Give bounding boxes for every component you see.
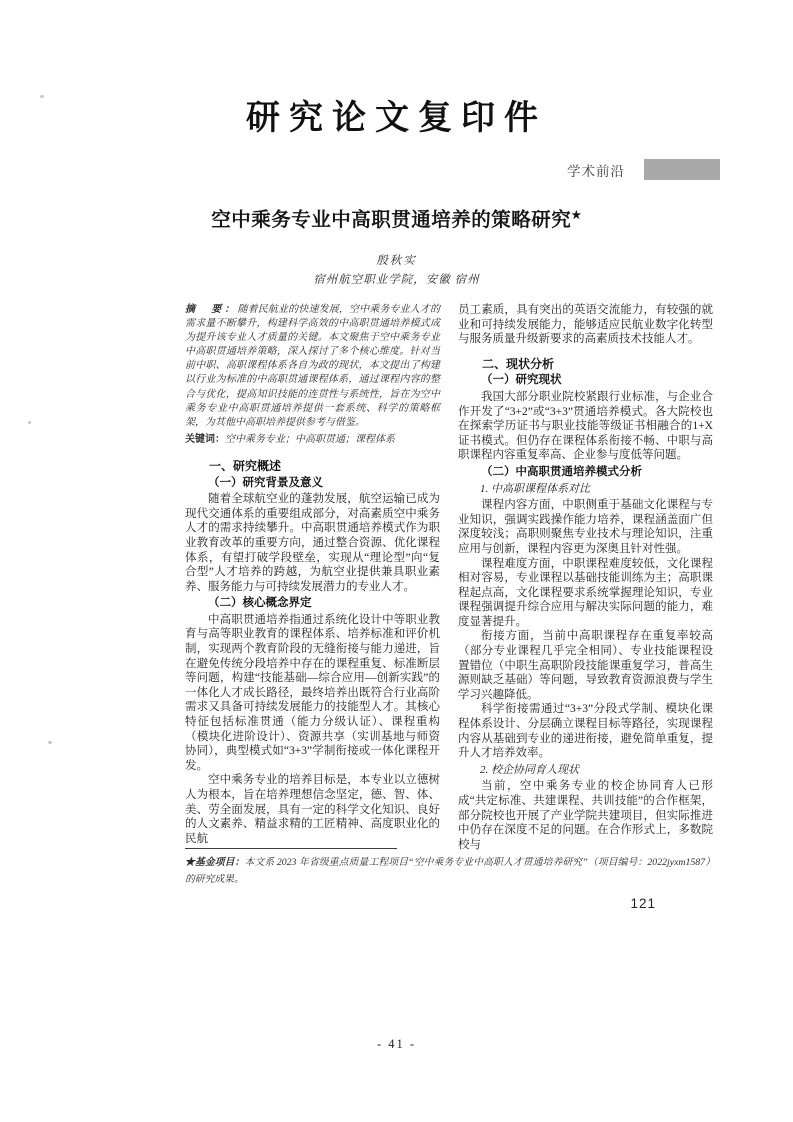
abstract-text: 随着民航业的快速发展，空中乘务专业人才的需求量不断攀升，构建科学高效的中高职贯通… bbox=[185, 304, 440, 428]
section-heading-overview: 一、研究概述 bbox=[209, 459, 440, 474]
body-paragraph: 随着全球航空业的蓬勃发展，航空运输已成为现代交通体系的重要组成部分，对高素质空中… bbox=[185, 492, 440, 594]
body-paragraph: 中高职贯通培养指通过系统化设计中等职业教育与高等职业教育的课程体系、培养标准和评… bbox=[185, 613, 440, 774]
subsection-heading-background: （一）研究背景及意义 bbox=[208, 476, 440, 491]
footnote-text: 本文系 2023 年省级重点质量工程项目“空中乘务专业中高职人才贯通培养研究”（… bbox=[185, 857, 715, 885]
body-paragraph: 课程内容方面，中职侧重于基础文化课程与专业知识，强调实践操作能力培养，课程涵盖面… bbox=[458, 498, 713, 556]
subsection-heading-mode: （二）中高职贯通培养模式分析 bbox=[481, 465, 713, 480]
scan-speck bbox=[48, 741, 52, 744]
keywords-line: 关键词：空中乘务专业；中高职贯通；课程体系 bbox=[185, 433, 440, 447]
footnote-label: 基金项目： bbox=[195, 857, 245, 868]
title-footnote-star: ★ bbox=[571, 210, 581, 222]
section-heading-status: 二、现状分析 bbox=[482, 357, 713, 372]
keywords-label: 关键词： bbox=[185, 434, 225, 445]
body-paragraph-continuation: 员工素质，具有突出的英语交流能力，有较强的就业和可持续发展能力，能够适应民航业数… bbox=[458, 303, 713, 347]
numbered-heading-coop: 2. 校企协同育人现状 bbox=[480, 763, 713, 778]
article-title-text: 空中乘务专业中高职贯通培养的策略研究 bbox=[211, 210, 571, 231]
body-paragraph: 衔接方面，当前中高职课程存在重复率较高（部分专业课程几乎完全相同）、专业技能课程… bbox=[458, 629, 713, 702]
body-paragraph: 我国大部分职业院校紧跟行业标准，与企业合作开发了“3+2”或“3+3”贯通培养模… bbox=[458, 390, 713, 463]
author-name: 殷秋实 bbox=[0, 252, 793, 268]
column-right: 员工素质，具有突出的英语交流能力，有较强的就业和可持续发展能力，能够适应民航业数… bbox=[458, 303, 713, 851]
subsection-heading-research: （一）研究现状 bbox=[481, 373, 713, 388]
section-label: 学术前沿 bbox=[567, 160, 625, 180]
section-row: 学术前沿 bbox=[567, 159, 720, 180]
abstract-paragraph: 摘 要：随着民航业的快速发展，空中乘务专业人才的需求量不断攀升，构建科学高效的中… bbox=[185, 303, 440, 430]
journal-page-number: 121 bbox=[630, 896, 656, 911]
column-left: 摘 要：随着民航业的快速发展，空中乘务专业人才的需求量不断攀升，构建科学高效的中… bbox=[185, 303, 440, 851]
body-paragraph: 科学衔接需通过“3+3”分段式学制、模块化课程体系设计、分层确立课程目标等路径，… bbox=[458, 702, 713, 760]
scan-speck bbox=[28, 421, 31, 424]
article-title: 空中乘务专业中高职贯通培养的策略研究★ bbox=[0, 204, 793, 232]
footer-page-number: - 41 - bbox=[0, 1037, 793, 1052]
numbered-heading-compare: 1. 中高职课程体系对比 bbox=[480, 482, 713, 497]
fund-project-footnote: ★基金项目：本文系 2023 年省级重点质量工程项目“空中乘务专业中高职人才贯通… bbox=[185, 854, 715, 888]
document-header-title: 研究论文复印件 bbox=[0, 90, 793, 139]
body-paragraph: 当前，空中乘务专业的校企协同育人已形成“共定标准、共建课程、共训技能”的合作框架… bbox=[458, 779, 713, 851]
body-paragraph: 课程难度方面，中职课程难度较低，文化课程相对容易，专业课程以基础技能训练为主；高… bbox=[458, 557, 713, 630]
author-affiliation: 宿州航空职业学院，安徽 宿州 bbox=[0, 271, 793, 287]
subsection-heading-concept: （二）核心概念界定 bbox=[208, 596, 440, 611]
body-paragraph: 空中乘务专业的培养目标是，本专业以立德树人为根本，旨在培养理想信念坚定，德、智、… bbox=[185, 773, 440, 846]
two-column-body: 摘 要：随着民航业的快速发展，空中乘务专业人才的需求量不断攀升，构建科学高效的中… bbox=[185, 303, 713, 851]
footnote-rule bbox=[185, 848, 397, 849]
footnote-star: ★ bbox=[185, 857, 195, 868]
keywords-text: 空中乘务专业；中高职贯通；课程体系 bbox=[225, 434, 395, 445]
abstract-label: 摘 要： bbox=[185, 304, 238, 315]
section-accent-bar bbox=[644, 159, 720, 180]
scanned-paper-page: 研究论文复印件 学术前沿 空中乘务专业中高职贯通培养的策略研究★ 殷秋实 宿州航… bbox=[0, 0, 793, 1122]
